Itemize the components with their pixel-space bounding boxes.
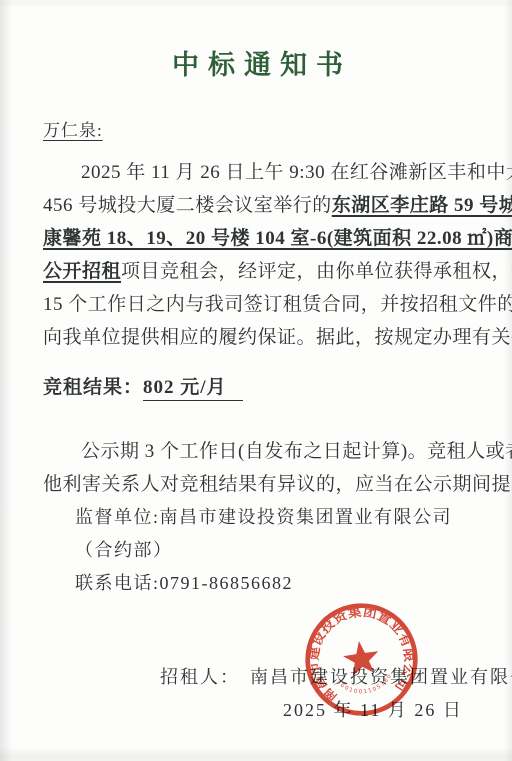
addressee-line: 万仁泉:	[43, 119, 472, 143]
addressee-name: 万仁泉:	[43, 121, 103, 140]
property-description-emphasis: 公开招租	[43, 261, 121, 282]
body-text: 项目竞租会，经评定，由你单位获得承租权，请在	[121, 261, 512, 282]
rent-result-label: 竞租结果：	[43, 377, 143, 398]
body-line: 向我单位提供相应的履约保证。据此，按规定办理有关手续。	[43, 321, 472, 354]
body-text: 456 号城投大厦二楼会议室举行的	[43, 195, 332, 216]
issuer-name: 南昌市建设投资集团置业有限公司	[250, 667, 512, 687]
body-text: 15 个工作日之内与我司签订租赁合同，并按招租文件的要求	[43, 294, 512, 315]
body-line: 2025 年 11 月 26 日上午 9:30 在红谷滩新区丰和中大道	[43, 156, 472, 189]
body-paragraph-2: 公示期 3 个工作日(自发布之日起计算)。竞租人或者其 他利害关系人对竞租结果有…	[43, 435, 472, 501]
body-line: 公开招租项目竞租会，经评定，由你单位获得承租权，请在	[43, 255, 472, 288]
document-title: 中标通知书	[43, 48, 472, 82]
issuer-label: 招租人：	[160, 667, 240, 687]
body-line: 康馨苑 18、19、20 号楼 104 室-6(建筑面积 22.08 ㎡)商铺	[43, 222, 472, 255]
body-text: 向我单位提供相应的履约保证。据此，按规定办理有关手续。	[43, 327, 512, 348]
date-line: 2025 年 11 月 26 日	[43, 694, 472, 727]
scan-artifact-right	[504, 0, 512, 761]
document-page: 中标通知书 万仁泉: 2025 年 11 月 26 日上午 9:30 在红谷滩新…	[0, 0, 512, 761]
phone-line: 联系电话:0791-86856682	[43, 567, 472, 600]
scan-artifact-left	[0, 0, 12, 761]
body-text: 2025 年 11 月 26 日上午 9:30 在红谷滩新区丰和中大道	[81, 162, 512, 183]
issuer-line: 招租人：南昌市建设投资集团置业有限公司	[43, 661, 472, 694]
signature-block: 招租人：南昌市建设投资集团置业有限公司 2025 年 11 月 26 日	[43, 661, 472, 727]
body-line: 15 个工作日之内与我司签订租赁合同，并按招租文件的要求	[43, 288, 472, 321]
property-description-emphasis: 康馨苑 18、19、20 号楼 104 室-6(建筑面积 22.08 ㎡)商铺	[43, 228, 512, 249]
body-text: 他利害关系人对竞租结果有异议的，应当在公示期间提出。	[43, 474, 512, 495]
rent-result-value: 802 元/月	[143, 377, 243, 401]
body-paragraph-1: 2025 年 11 月 26 日上午 9:30 在红谷滩新区丰和中大道 456 …	[43, 156, 472, 354]
rent-result-line: 竞租结果：802 元/月	[43, 371, 472, 404]
body-line: 456 号城投大厦二楼会议室举行的东湖区李庄路 59 号城投-	[43, 189, 472, 222]
supervisor-line: 监督单位:南昌市建设投资集团置业有限公司（合约部）	[43, 501, 472, 567]
body-text: 公示期 3 个工作日(自发布之日起计算)。竞租人或者其	[81, 441, 512, 462]
body-line: 他利害关系人对竞租结果有异议的，应当在公示期间提出。	[43, 468, 472, 501]
property-description-emphasis: 东湖区李庄路 59 号城投-	[332, 195, 512, 216]
body-line: 公示期 3 个工作日(自发布之日起计算)。竞租人或者其	[43, 435, 472, 468]
